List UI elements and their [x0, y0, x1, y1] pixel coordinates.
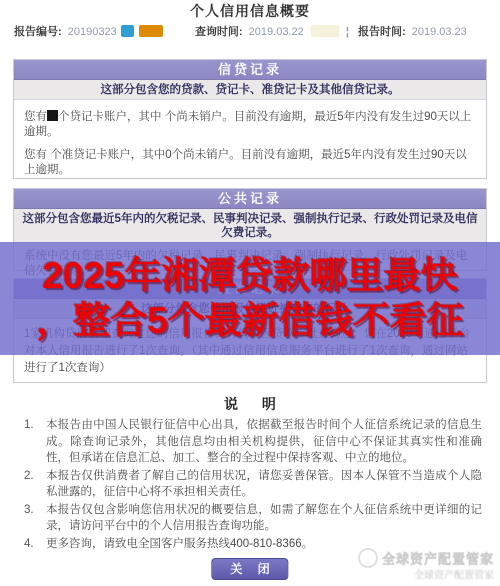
report-time-value: 2019.03.23	[412, 26, 467, 38]
section-credit-records: 信贷记录 这部分包含您的贷款、贷记卡、准贷记卡及其他信贷记录。 您有个贷记卡账户…	[13, 59, 487, 179]
report-no-value: 20190323	[68, 26, 117, 38]
redaction-cream	[311, 25, 339, 37]
redaction-blue	[121, 25, 134, 37]
notes-section: 说 明 1. 本报告由中国人民银行征信中心出具，依据截至报告时间个人征信系统记录…	[0, 395, 500, 552]
watermark-text: 全球资产配置管家	[382, 552, 494, 565]
note-text: 本报告仅供消费者了解自己的信用状况，请您妥善保管。因本人保管不当造成个人隐私泄露…	[46, 468, 482, 501]
watermark-logo-icon	[358, 548, 378, 568]
public-section-header: 公共记录	[14, 189, 486, 209]
note-number: 2.	[18, 468, 46, 501]
note-number: 4.	[18, 536, 46, 553]
note-text: 本报告仅包含影响您信用状况的概要信息，如需了解您在个人征信系统中更详细的记录，请…	[46, 502, 482, 535]
report-meta-row: 报告编号: 20190323 查询时间: 2019.03.22 ¦ 报告时间: …	[0, 24, 500, 41]
note-text: 本报告由中国人民银行征信中心出具，依据截至报告时间个人征信系统记录的信息生成。除…	[46, 417, 482, 467]
watermark-subtext: 全球资产配置管家	[358, 569, 494, 582]
credit-line-1-suffix: 个贷记卡账户，其中 个尚未销户。目前没有逾期，最近5年内没有发生过90天以上逾期…	[24, 111, 471, 138]
note-item: 1. 本报告由中国人民银行征信中心出具，依据截至报告时间个人征信系统记录的信息生…	[18, 417, 482, 467]
note-item: 3. 本报告仅包含影响您信用状况的概要信息，如需了解您在个人征信系统中更详细的记…	[18, 502, 482, 535]
credit-line-2: 您有 个准贷记卡账户，其中0个尚未销户。目前没有逾期，最近5年内没有发生过90天…	[24, 148, 476, 178]
spam-ad-text-line1[interactable]: 2025年湘潭贷款哪里最快	[0, 254, 500, 298]
credit-report-page: 个人信用信息概要 报告编号: 20190323 查询时间: 2019.03.22…	[0, 2, 500, 586]
public-section-subtitle: 这部分包含您最近5年内的欠税记录、民事判决记录、强制执行记录、行政处罚记录及电信…	[14, 209, 486, 243]
notes-list: 1. 本报告由中国人民银行征信中心出具，依据截至报告时间个人征信系统记录的信息生…	[18, 417, 482, 552]
redaction-black	[47, 110, 58, 121]
credit-section-subtitle: 这部分包含您的贷款、贷记卡、准贷记卡及其他信贷记录。	[14, 80, 486, 100]
credit-section-body: 您有个贷记卡账户，其中 个尚未销户。目前没有逾期，最近5年内没有发生过90天以上…	[14, 100, 486, 178]
spam-ad-overlay[interactable]: 2025年湘潭贷款哪里最快 ，整合5个最新借钱不看征	[0, 242, 500, 355]
watermark: 全球资产配置管家 全球资产配置管家	[358, 548, 494, 582]
spam-ad-text-line2[interactable]: ，整合5个最新借钱不看征	[0, 299, 500, 343]
note-number: 3.	[18, 502, 46, 535]
note-number: 1.	[18, 417, 46, 467]
credit-section-header: 信贷记录	[14, 60, 486, 80]
query-time-value: 2019.03.22	[249, 26, 304, 38]
notes-title: 说 明	[0, 395, 500, 413]
query-time-label: 查询时间:	[195, 26, 243, 38]
report-time-label: 报告时间:	[358, 26, 406, 38]
report-no-label: 报告编号:	[14, 26, 62, 38]
close-button[interactable]: 关 闭	[211, 558, 288, 580]
credit-line-1-prefix: 您有	[24, 111, 47, 123]
redaction-orange	[139, 25, 163, 37]
meta-separator: ¦	[346, 26, 349, 38]
note-item: 2. 本报告仅供消费者了解自己的信用状况，请您妥善保管。因本人保管不当造成个人隐…	[18, 468, 482, 501]
credit-line-1: 您有个贷记卡账户，其中 个尚未销户。目前没有逾期，最近5年内没有发生过90天以上…	[24, 110, 476, 140]
page-title: 个人信用信息概要	[0, 2, 500, 20]
